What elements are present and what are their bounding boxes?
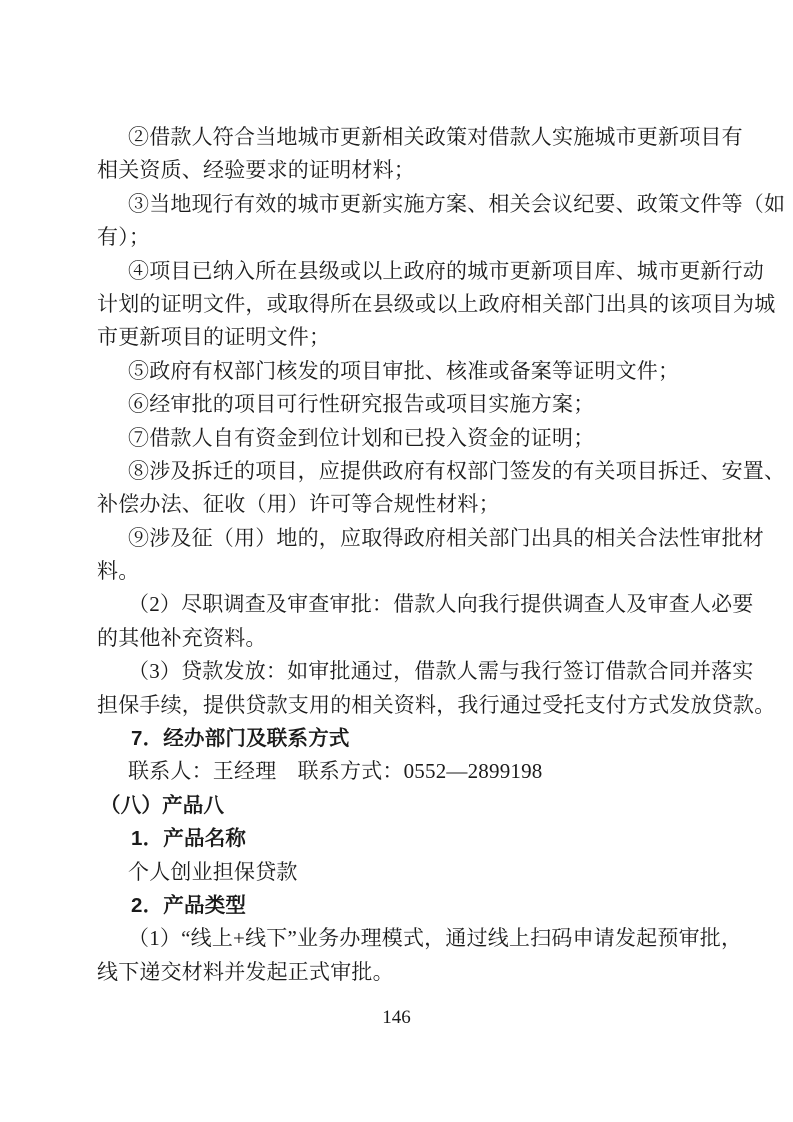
clause-circled-9-line-2: 料。: [97, 555, 707, 588]
clause-circled-5: ⑤政府有权部门核发的项目审批、核准或备案等证明文件；: [97, 355, 707, 388]
step-2-line-2: 的其他补充资料。: [97, 622, 707, 655]
heading-product-8: （八）产品八: [97, 789, 707, 822]
document-page: ②借款人符合当地城市更新相关政策对借款人实施城市更新项目有相关资质、经验要求的证…: [0, 0, 793, 1122]
heading-2-product-type: 2．产品类型: [97, 889, 707, 922]
product-type-1-line-2: 线下递交材料并发起正式审批。: [97, 956, 707, 989]
clause-circled-3-line-1: ③当地现行有效的城市更新实施方案、相关会议纪要、政策文件等（如: [97, 188, 707, 221]
contact-info: 联系人：王经理 联系方式：0552—2899198: [97, 755, 707, 788]
product-name: 个人创业担保贷款: [97, 856, 707, 889]
clause-circled-2-line-2: 相关资质、经验要求的证明材料；: [97, 154, 707, 187]
clause-circled-6: ⑥经审批的项目可行性研究报告或项目实施方案；: [97, 388, 707, 421]
clause-circled-8-line-2: 补偿办法、征收（用）许可等合规性材料；: [97, 488, 707, 521]
product-type-1-line-1: （1）“线上+线下”业务办理模式，通过线上扫码申请发起预审批，: [97, 922, 707, 955]
clause-circled-7: ⑦借款人自有资金到位计划和已投入资金的证明；: [97, 422, 707, 455]
page-number: 146: [382, 1007, 411, 1028]
clause-circled-2-line-1: ②借款人符合当地城市更新相关政策对借款人实施城市更新项目有: [97, 121, 707, 154]
heading-7-contact: 7．经办部门及联系方式: [97, 722, 707, 755]
step-2-line-1: （2）尽职调查及审查审批：借款人向我行提供调查人及审查人必要: [97, 588, 707, 621]
clause-circled-3-line-2: 有）；: [97, 221, 707, 254]
clause-circled-9-line-1: ⑨涉及征（用）地的，应取得政府相关部门出具的相关合法性审批材: [97, 522, 707, 555]
step-3-line-1: （3）贷款发放：如审批通过，借款人需与我行签订借款合同并落实: [97, 655, 707, 688]
page-footer: 146: [0, 1005, 793, 1031]
clause-circled-4-line-2: 计划的证明文件，或取得所在县级或以上政府相关部门出具的该项目为城: [97, 288, 707, 321]
clause-circled-4-line-3: 市更新项目的证明文件；: [97, 321, 707, 354]
document-body: ②借款人符合当地城市更新相关政策对借款人实施城市更新项目有相关资质、经验要求的证…: [97, 121, 707, 989]
step-3-line-2: 担保手续，提供贷款支用的相关资料，我行通过受托支付方式发放贷款。: [97, 689, 707, 722]
clause-circled-4-line-1: ④项目已纳入所在县级或以上政府的城市更新项目库、城市更新行动: [97, 255, 707, 288]
heading-1-product-name: 1．产品名称: [97, 822, 707, 855]
clause-circled-8-line-1: ⑧涉及拆迁的项目，应提供政府有权部门签发的有关项目拆迁、安置、: [97, 455, 707, 488]
